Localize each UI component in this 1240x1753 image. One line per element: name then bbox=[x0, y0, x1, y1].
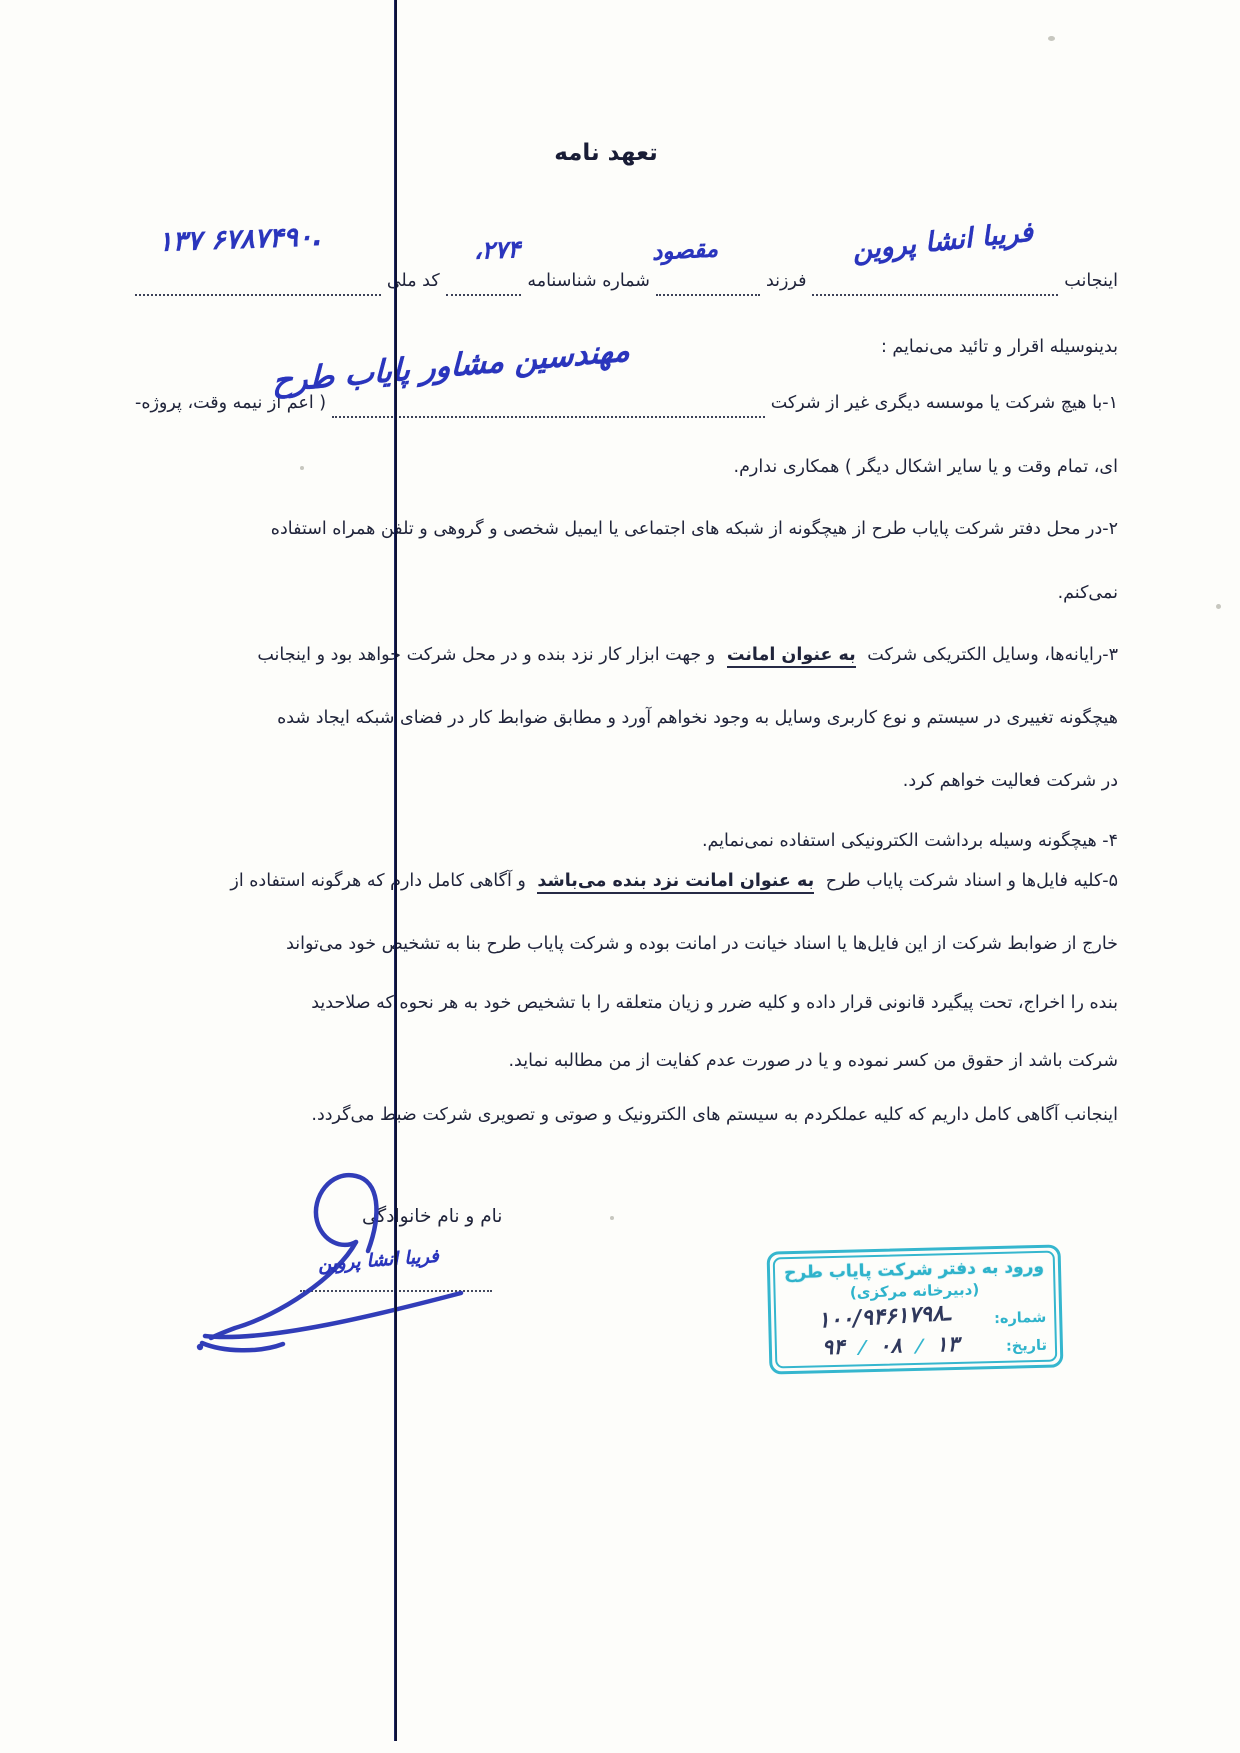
stamp-subtitle: (دبیرخانه مرکزی) bbox=[783, 1279, 1045, 1303]
handwritten-signature bbox=[185, 1155, 485, 1365]
clause-5-line-1: ۵-کلیه فایل‌ها و اسناد شرکت پایاب طرح به… bbox=[135, 866, 1118, 896]
stamp-date-year: ۹۴ bbox=[822, 1335, 845, 1360]
clause-5-line-2: خارج از ضوابط شرکت از این فایل‌ها یا اسن… bbox=[135, 929, 1118, 959]
clause-2-line-1: ۲-در محل دفتر شرکت پایاب طرح از هیچگونه … bbox=[135, 514, 1118, 544]
dotted-leader-national-id bbox=[135, 272, 381, 296]
scan-speck bbox=[1048, 36, 1055, 41]
clause-3-line-3: در شرکت فعالیت خواهم کرد. bbox=[135, 766, 1118, 796]
stamp-date-slash-1: / bbox=[913, 1336, 926, 1357]
clause-3-bold-underlined: به عنوان امانت bbox=[727, 645, 856, 668]
clause-5-line-4: شرکت باشد از حقوق من کسر نموده و یا در ص… bbox=[135, 1046, 1118, 1076]
clause-1-line-2: ای، تمام وقت و یا سایر اشکال دیگر ) همکا… bbox=[135, 452, 1118, 482]
handwritten-national-id: ۱۳۷ ۶۷۸۷۴۹۰. bbox=[158, 221, 324, 258]
stamp-date-slash-2: / bbox=[855, 1337, 868, 1358]
handwritten-father-name: مقصود bbox=[651, 236, 718, 265]
stamp-number-label: شماره: bbox=[994, 1310, 1047, 1327]
company-entry-stamp: ورود به دفتر شرکت پایاب طرح (دبیرخانه مر… bbox=[767, 1244, 1064, 1374]
label-birth-cert-no: شماره شناسنامه bbox=[527, 266, 650, 296]
clause-4-line: ۴- هیچگونه وسیله برداشت الکترونیکی استفا… bbox=[135, 826, 1118, 856]
page-title: تعهد نامه bbox=[0, 140, 1226, 166]
clause-5-text-post: و آگاهی کامل دارم که هرگونه استفاده از bbox=[230, 871, 525, 891]
scan-speck bbox=[1216, 604, 1221, 609]
clause-5-bold-underlined: به عنوان امانت نزد بنده می‌باشد bbox=[537, 871, 814, 894]
stamp-number-row: شماره: ۱۰۰/۹۴ـ۶۱۷۹۸ bbox=[784, 1301, 1047, 1332]
stamp-handwritten-number: ۱۰۰/۹۴ـ۶۱۷۹۸ bbox=[784, 1299, 985, 1336]
scan-speck bbox=[610, 1216, 614, 1220]
dotted-leader-father bbox=[656, 272, 760, 296]
stamp-date-month: ۰۸ bbox=[879, 1333, 902, 1358]
dotted-leader-cert bbox=[446, 272, 522, 296]
handwritten-birth-cert-no: ۲۷۴، bbox=[474, 235, 521, 265]
stamp-handwritten-date: ۱۳ / ۰۸ / ۹۴ bbox=[785, 1331, 997, 1360]
stamp-date-label: تاریخ: bbox=[1006, 1338, 1047, 1355]
clause-3-line-1: ۳-رایانه‌ها، وسایل الکتریکی شرکت به عنوا… bbox=[135, 640, 1118, 670]
dotted-leader-company bbox=[332, 394, 765, 418]
clause-1-text-a: ۱-با هیچ شرکت یا موسسه دیگری غیر از شرکت bbox=[771, 388, 1118, 418]
clause-3-text-pre: ۳-رایانه‌ها، وسایل الکتریکی شرکت bbox=[867, 645, 1118, 665]
clause-5-line-3: بنده را اخراج، تحت پیگیرد قانونی قرار دا… bbox=[135, 988, 1118, 1018]
dotted-leader-name bbox=[812, 272, 1058, 296]
stamp-inner-border: ورود به دفتر شرکت پایاب طرح (دبیرخانه مر… bbox=[773, 1251, 1058, 1369]
clause-3-line-2: هیچگونه تغییری در سیستم و نوع کاربری وسا… bbox=[135, 703, 1118, 733]
stamp-date-day: ۱۳ bbox=[936, 1332, 959, 1357]
handwritten-name: فریبا انشا پروین bbox=[851, 217, 1035, 267]
clause-2-line-2: نمی‌کنم. bbox=[135, 578, 1118, 608]
form-identity-line: اینجانب فرزند شماره شناسنامه کد ملی bbox=[135, 266, 1118, 296]
scanned-affidavit-page: تعهد نامه اینجانب فرزند شماره شناسنامه ک… bbox=[0, 0, 1240, 1753]
scan-fold-line bbox=[394, 0, 397, 1741]
closing-statement-line: اینجانب آگاهی کامل داریم که کلیه عملکردم… bbox=[135, 1100, 1118, 1130]
stamp-date-row: تاریخ: ۱۳ / ۰۸ / ۹۴ bbox=[785, 1330, 1048, 1360]
label-undersigned: اینجانب bbox=[1064, 266, 1118, 296]
clause-5-text-pre: ۵-کلیه فایل‌ها و اسناد شرکت پایاب طرح bbox=[826, 871, 1118, 891]
label-child-of: فرزند bbox=[766, 266, 807, 296]
clause-3-text-post: و جهت ابزار کار نزد بنده و در محل شرکت خ… bbox=[257, 645, 715, 665]
